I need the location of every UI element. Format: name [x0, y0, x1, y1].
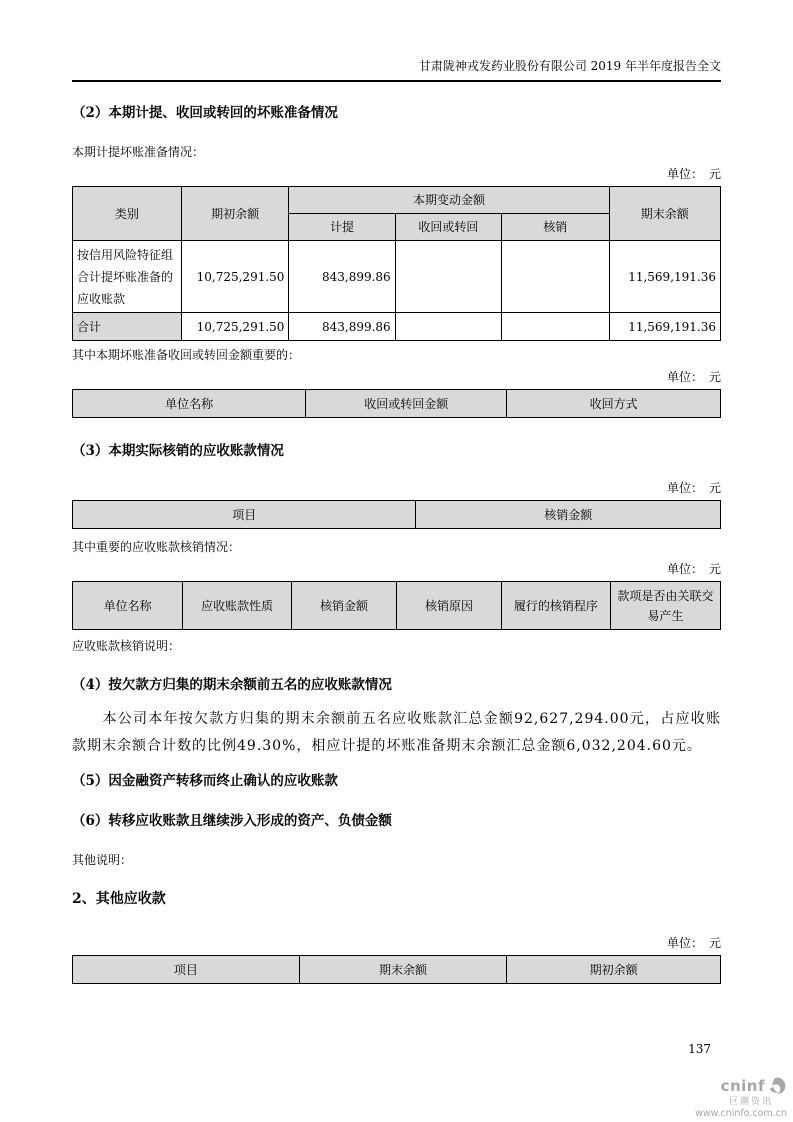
total-recover	[395, 313, 501, 341]
total-closing: 11,569,191.36	[609, 313, 720, 341]
row-closing: 11,569,191.36	[609, 241, 720, 313]
total-opening: 10,725,291.50	[181, 313, 289, 341]
col-category: 类别	[73, 187, 182, 241]
unit-label-2: 单位： 元	[72, 369, 721, 385]
col-amount: 核销金额	[292, 582, 397, 630]
col-nature: 应收账款性质	[183, 582, 292, 630]
report-page: 甘肃陇神戎发药业股份有限公司 2019 年半年度报告全文 （2）本期计提、收回或…	[0, 0, 793, 1122]
row-recover	[395, 241, 501, 313]
total-writeoff	[501, 313, 609, 341]
col-recover-amount: 收回或转回金额	[306, 390, 507, 418]
writeoff-detail-table: 单位名称 应收账款性质 核销金额 核销原因 履行的核销程序 款项是否由关联交易产…	[72, 581, 721, 630]
unit-label-5: 单位： 元	[72, 935, 721, 951]
cninfo-logo-text: cninf	[721, 1077, 765, 1095]
recover-table: 单位名称 收回或转回金额 收回方式	[72, 389, 721, 418]
col-unit-name: 单位名称	[73, 582, 183, 630]
col-change-group: 本期变动金额	[289, 187, 609, 214]
recover-note: 其中本期坏账准备收回或转回金额重要的：	[72, 347, 721, 363]
col-recover-method: 收回方式	[507, 390, 721, 418]
col-closing-balance: 期末余额	[609, 187, 720, 241]
writeoff-important-note: 其中重要的应收账款核销情况：	[72, 539, 721, 555]
col-opening: 期初余额	[507, 956, 721, 984]
col-item: 项目	[73, 501, 416, 529]
section5-heading: （5）因金融资产转移而终止确认的应收账款	[72, 772, 721, 790]
row-writeoff	[501, 241, 609, 313]
report-header-title: 甘肃陇神戎发药业股份有限公司 2019 年半年度报告全文	[72, 0, 721, 82]
section6-heading: （6）转移应收账款且继续涉入形成的资产、负债金额	[72, 812, 721, 830]
writeoff-explain-note: 应收账款核销说明：	[72, 638, 721, 654]
unit-label-3: 单位： 元	[72, 480, 721, 496]
col-writeoff-amount: 核销金额	[416, 501, 721, 529]
page-number: 137	[688, 1042, 711, 1056]
page-content: （2）本期计提、收回或转回的坏账准备情况 本期计提坏账准备情况： 单位： 元 类…	[72, 104, 721, 984]
cninfo-swirl-icon	[767, 1076, 787, 1096]
bad-debt-provision-table: 类别 期初余额 本期变动金额 期末余额 计提 收回或转回 核销 按信用风险特征组…	[72, 186, 721, 341]
provision-note: 本期计提坏账准备情况：	[72, 144, 721, 160]
cninfo-logo-subtitle: 巨潮资讯	[677, 1094, 773, 1107]
section2-heading: （2）本期计提、收回或转回的坏账准备情况	[72, 104, 721, 122]
row-label: 按信用风险特征组合计提坏账准备的应收账款	[73, 241, 182, 313]
col-reason: 核销原因	[396, 582, 501, 630]
col-procedure: 履行的核销程序	[501, 582, 610, 630]
unit-label-1: 单位： 元	[72, 166, 721, 182]
table-row: 按信用风险特征组合计提坏账准备的应收账款 10,725,291.50 843,8…	[73, 241, 721, 313]
section4-heading: （4）按欠款方归集的期末余额前五名的应收账款情况	[72, 676, 721, 694]
other-receivables-table: 项目 期末余额 期初余额	[72, 955, 721, 984]
total-provision: 843,899.86	[289, 313, 395, 341]
section3-heading: （3）本期实际核销的应收账款情况	[72, 442, 721, 460]
row-provision: 843,899.86	[289, 241, 395, 313]
other-note: 其他说明：	[72, 852, 721, 868]
col-provision: 计提	[289, 214, 395, 241]
cninfo-logo-url: www.cninfo.com.cn	[677, 1108, 787, 1119]
col-related-party: 款项是否由关联交易产生	[610, 582, 720, 630]
row-opening: 10,725,291.50	[181, 241, 289, 313]
cninfo-logo: cninf 巨潮资讯 www.cninfo.com.cn	[677, 1076, 787, 1119]
writeoff-table: 项目 核销金额	[72, 500, 721, 529]
total-label: 合计	[73, 313, 182, 341]
col-writeoff: 核销	[501, 214, 609, 241]
top5-receivables-paragraph: 本公司本年按欠款方归集的期末余额前五名应收账款汇总金额92,627,294.00…	[72, 706, 721, 760]
col-opening-balance: 期初余额	[181, 187, 289, 241]
col-closing: 期末余额	[299, 956, 506, 984]
col-recover: 收回或转回	[395, 214, 501, 241]
other-receivables-heading: 2、其他应收款	[72, 890, 721, 909]
col-item: 项目	[73, 956, 300, 984]
col-unit-name: 单位名称	[73, 390, 306, 418]
table-total-row: 合计 10,725,291.50 843,899.86 11,569,191.3…	[73, 313, 721, 341]
unit-label-4: 单位： 元	[72, 561, 721, 577]
